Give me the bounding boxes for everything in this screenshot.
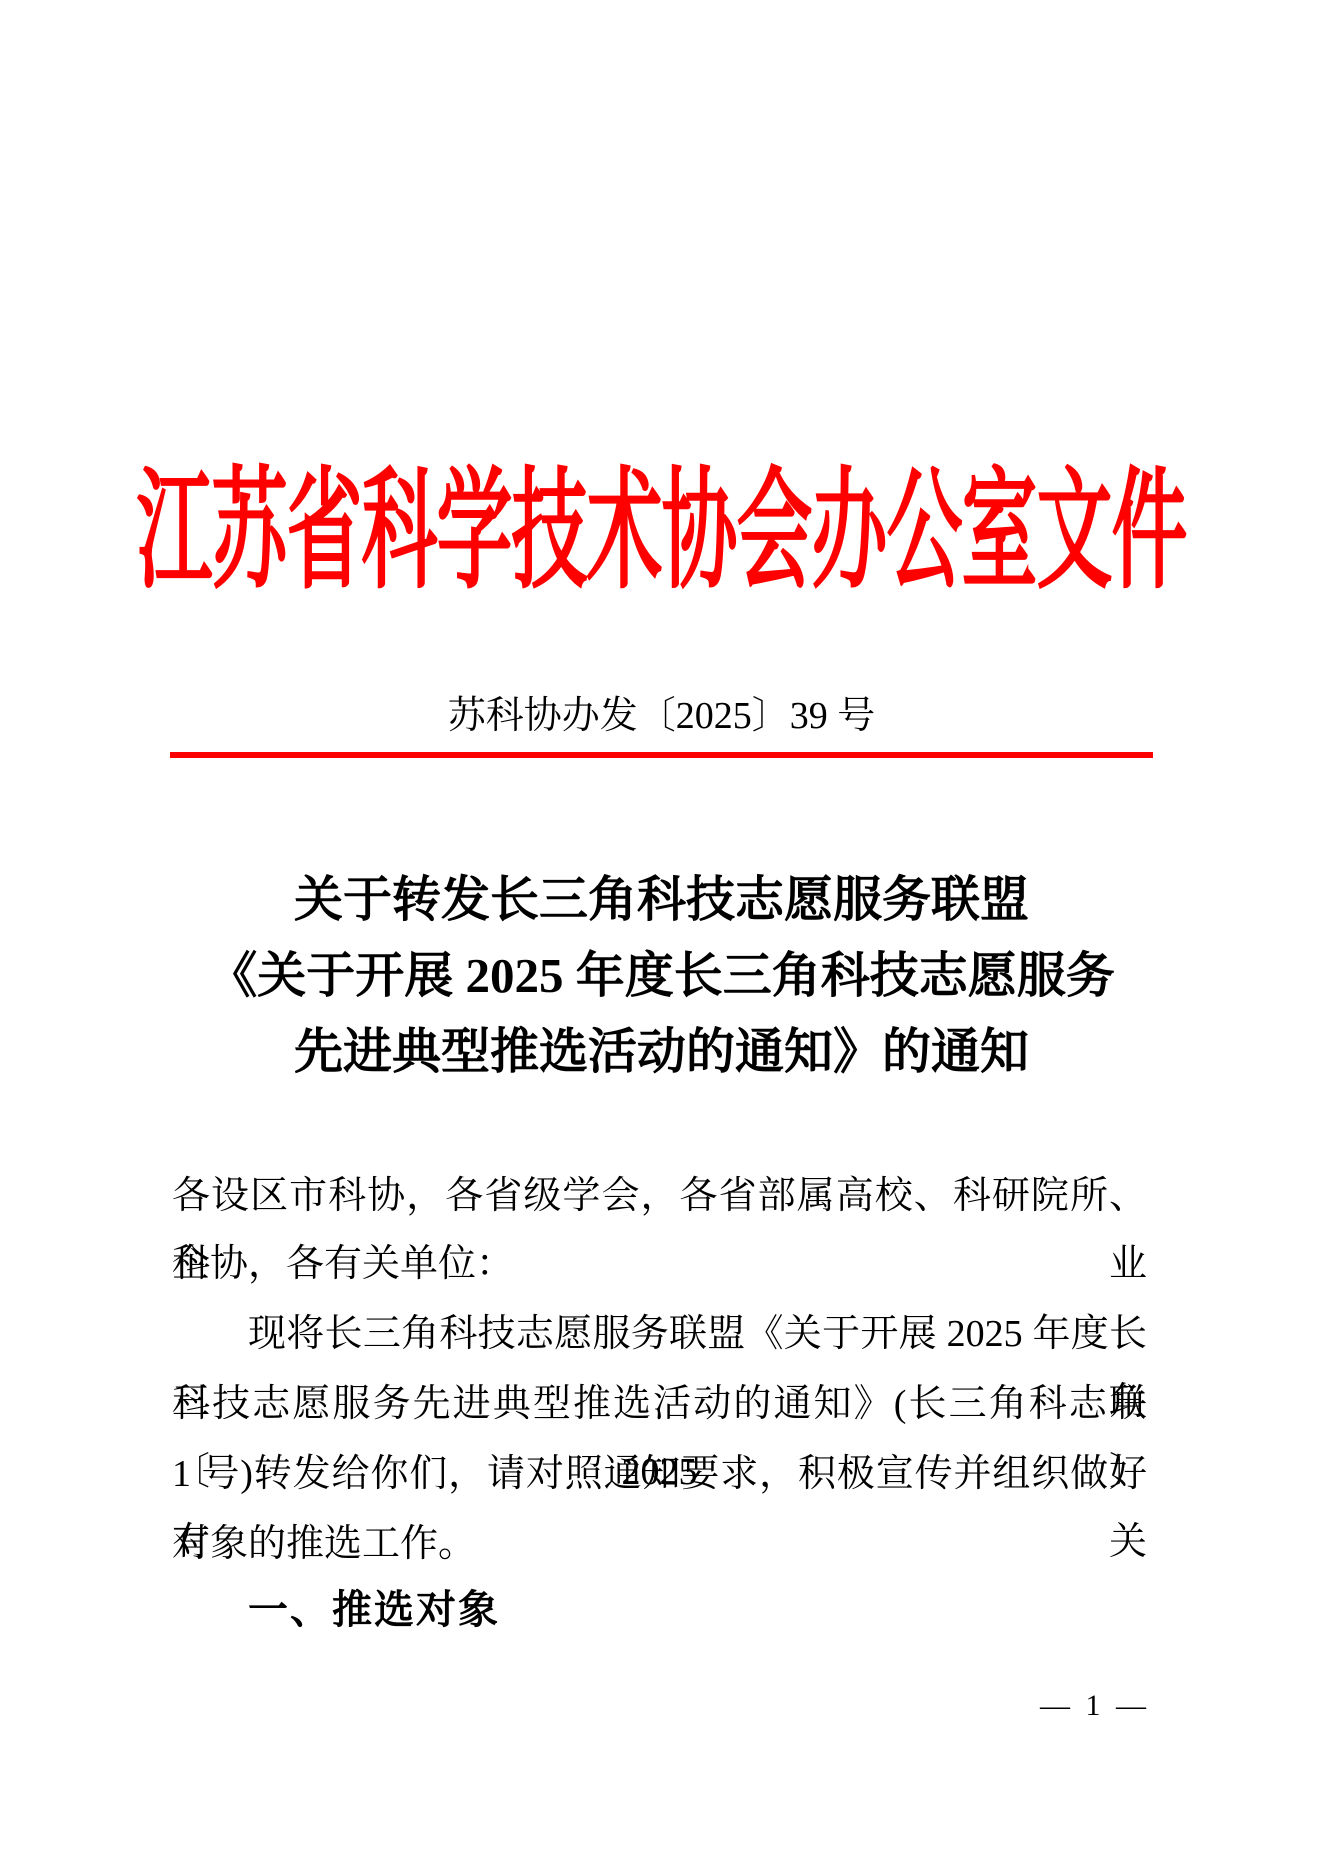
document-title-line-3: 先进典型推选活动的通知》的通知 [0, 1014, 1323, 1090]
document-title-line-2: 《关于开展 2025 年度长三角科技志愿服务 [0, 938, 1323, 1014]
body-line-4: 对象的推选工作。 [172, 1510, 1147, 1578]
document-title: 关于转发长三角科技志愿服务联盟 《关于开展 2025 年度长三角科技志愿服务 先… [0, 862, 1323, 1090]
document-title-line-1: 关于转发长三角科技志愿服务联盟 [0, 862, 1323, 938]
page-number: — 1 — [1040, 1690, 1150, 1722]
section-heading: 一、推选对象 [248, 1576, 500, 1644]
document-number: 苏科协办发〔2025〕39 号 [0, 694, 1323, 738]
red-separator-line [170, 752, 1153, 758]
letterhead-title: 江苏省科学技术协会办公室文件 [0, 467, 1323, 598]
salutation-line-2: 科协，各有关单位： [172, 1230, 1147, 1298]
official-document-page: 江苏省科学技术协会办公室文件 苏科协办发〔2025〕39 号 关于转发长三角科技… [0, 0, 1323, 1871]
